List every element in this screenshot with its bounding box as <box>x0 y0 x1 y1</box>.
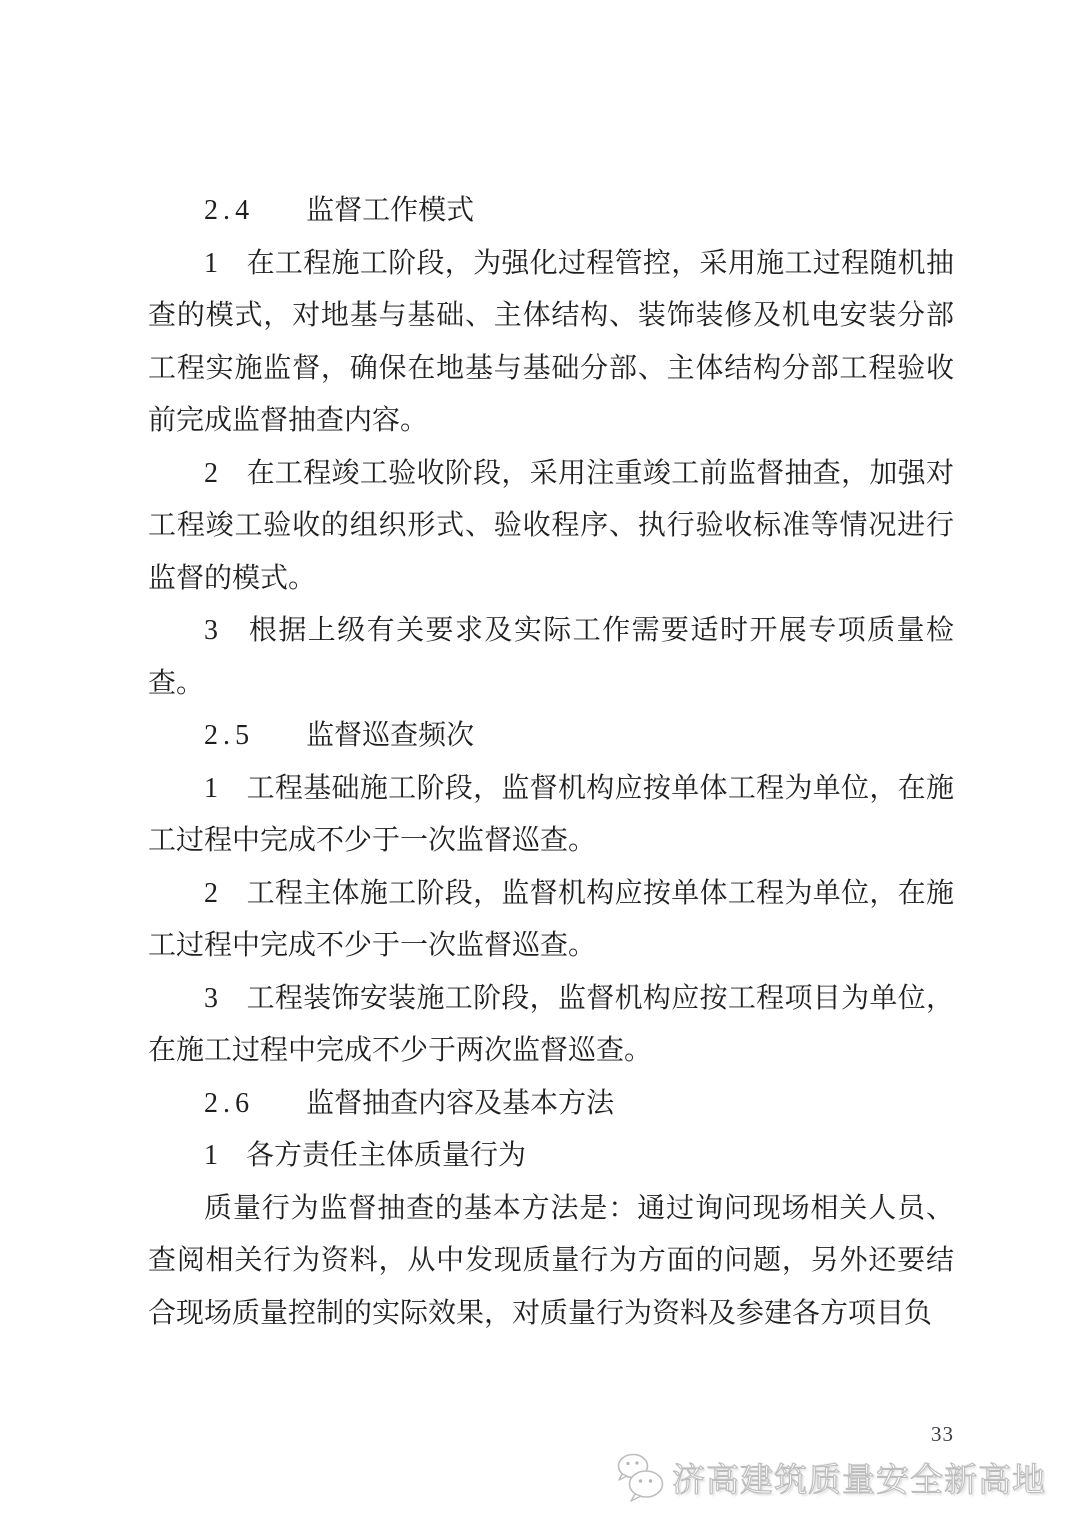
paragraph: 2 工程主体施工阶段，监督机构应按单体工程为单位，在施工过程中完成不少于一次监督… <box>148 868 954 973</box>
section-title: 监督巡查频次 <box>306 720 474 751</box>
wechat-icon <box>613 1451 665 1503</box>
section-title: 监督工作模式 <box>306 195 474 226</box>
section-title: 监督抽查内容及基本方法 <box>306 1088 614 1119</box>
document-content: 2.4监督工作模式1 在工程施工阶段，为强化过程管控，采用施工过程随机抽查的模式… <box>148 185 954 1340</box>
section-number: 2.6 <box>204 1088 254 1119</box>
paragraph: 3 工程装饰安装施工阶段，监督机构应按工程项目为单位，在施工过程中完成不少于两次… <box>148 973 954 1078</box>
paragraph: 1 在工程施工阶段，为强化过程管控，采用施工过程随机抽查的模式，对地基与基础、主… <box>148 238 954 448</box>
paragraph: 2 在工程竣工验收阶段，采用注重竣工前监督抽查，加强对工程竣工验收的组织形式、验… <box>148 448 954 606</box>
section-number: 2.5 <box>204 720 254 751</box>
section-heading: 2.6监督抽查内容及基本方法 <box>148 1078 954 1131</box>
watermark: 济高建筑质量安全新高地 <box>613 1451 1046 1503</box>
paragraph: 质量行为监督抽查的基本方法是：通过询问现场相关人员、查阅相关行为资料，从中发现质… <box>148 1183 954 1341</box>
paragraph: 1 工程基础施工阶段，监督机构应按单体工程为单位，在施工过程中完成不少于一次监督… <box>148 763 954 868</box>
section-heading: 2.4监督工作模式 <box>148 185 954 238</box>
document-page: { "document": { "sections": [ { "type": … <box>0 0 1080 1527</box>
document-page-surface: 2.4监督工作模式1 在工程施工阶段，为强化过程管控，采用施工过程随机抽查的模式… <box>0 0 1080 1527</box>
section-heading: 2.5监督巡查频次 <box>148 710 954 763</box>
section-number: 2.4 <box>204 195 254 226</box>
watermark-text: 济高建筑质量安全新高地 <box>672 1454 1046 1501</box>
page-number: 33 <box>931 1422 954 1447</box>
paragraph: 1 各方责任主体质量行为 <box>148 1130 954 1183</box>
paragraph: 3 根据上级有关要求及实际工作需要适时开展专项质量检查。 <box>148 605 954 710</box>
